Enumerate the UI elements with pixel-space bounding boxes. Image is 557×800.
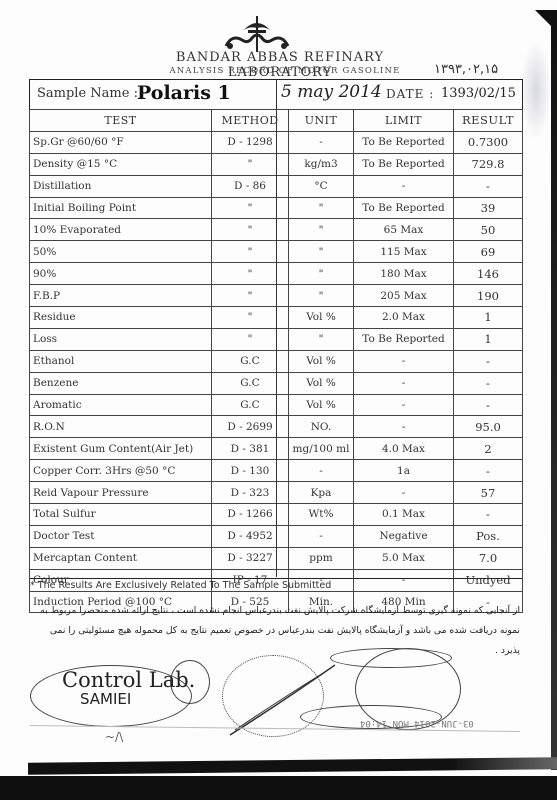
cell-unit: ": [289, 197, 354, 219]
cell-test: Doctor Test: [30, 525, 212, 547]
cell-limit: 115 Max: [354, 241, 454, 263]
cell-limit: 5.0 Max: [354, 547, 454, 569]
cell-result: 0.7300: [454, 131, 523, 153]
cell-test: Sp.Gr @60/60 °F: [30, 131, 212, 153]
cell-limit: Negative: [354, 525, 454, 547]
cell-unit: -: [289, 525, 354, 547]
cell-unit: Vol %: [289, 350, 354, 372]
cell-unit: Vol %: [289, 307, 354, 329]
scanned-document-page: BANDAR ABBAS REFINARY LABORATORY ANALYSI…: [0, 0, 557, 800]
cell-test: Initial Boiling Point: [30, 197, 212, 219]
cell-unit: NO.: [289, 416, 354, 438]
cell-test: Aromatic: [30, 394, 212, 416]
cell-test: 90%: [30, 263, 212, 285]
cell-result: -: [454, 504, 523, 526]
cell-test: R.O.N: [30, 416, 212, 438]
persian-disclaimer: از آنجایی که نمونه گیری توسط آزمایشگاه ش…: [30, 601, 520, 661]
cell-limit: 205 Max: [354, 285, 454, 307]
persian-handwritten-date: ۱۳۹۳,۰۲,۱۵: [434, 62, 498, 77]
sample-name-label: Sample Name :: [37, 86, 138, 101]
cell-test: Ethanol: [30, 350, 212, 372]
cell-result: 95.0: [454, 416, 523, 438]
sample-name-value: Polaris 1: [137, 82, 231, 104]
cell-test: Benzene: [30, 372, 212, 394]
cell-result: 146: [454, 263, 523, 285]
date-label: DATE :: [386, 87, 434, 101]
scan-edge-shadow: [551, 10, 557, 770]
cell-unit: Vol %: [289, 372, 354, 394]
fax-header-mirrored: 03-JUN-2014 MON 14:04: [360, 718, 474, 728]
scan-corner-fold: [535, 10, 557, 32]
cell-limit: 180 Max: [354, 263, 454, 285]
col-test: TEST: [30, 110, 212, 132]
cell-result: -: [454, 350, 523, 372]
fold-line: [276, 79, 277, 577]
col-limit: LIMIT: [354, 110, 454, 132]
cell-test: F.B.P: [30, 285, 212, 307]
control-lab-stamp-text: Control Lab.: [62, 668, 195, 692]
cell-limit: 65 Max: [354, 219, 454, 241]
signature-loop-upper: [330, 648, 452, 668]
refinery-emblem-icon: [222, 16, 292, 52]
cell-limit: 1a: [354, 460, 454, 482]
scanner-edge-bar: [28, 757, 557, 775]
cell-limit: 4.0 Max: [354, 438, 454, 460]
cell-limit: -: [354, 350, 454, 372]
cell-result: 39: [454, 197, 523, 219]
cell-unit: ": [289, 328, 354, 350]
cell-limit: -: [354, 416, 454, 438]
cell-test: Distillation: [30, 175, 212, 197]
cell-unit: Wt%: [289, 504, 354, 526]
cell-unit: °C: [289, 175, 354, 197]
col-result: RESULT: [454, 110, 523, 132]
cell-unit: ": [289, 241, 354, 263]
cell-limit: To Be Reported: [354, 153, 454, 175]
cell-limit: 2.0 Max: [354, 307, 454, 329]
cell-result: 190: [454, 285, 523, 307]
cell-test: Loss: [30, 328, 212, 350]
cell-result: -: [454, 175, 523, 197]
cell-unit: Vol %: [289, 394, 354, 416]
date-value: 1393/02/15: [441, 86, 516, 101]
col-unit: UNIT: [289, 110, 354, 132]
record-subtitle: ANALYSIS RECORD OF MOTOR GASOLINE: [140, 66, 430, 76]
cell-test: Density @15 °C: [30, 153, 212, 175]
cell-limit: -: [354, 372, 454, 394]
cell-result: 7.0: [454, 547, 523, 569]
cell-limit: To Be Reported: [354, 328, 454, 350]
cell-result: Pos.: [454, 525, 523, 547]
cell-result: 69: [454, 241, 523, 263]
signatory-name: SAMIEI: [80, 690, 131, 708]
cell-test: Total Sulfur: [30, 504, 212, 526]
cell-result: -: [454, 394, 523, 416]
cell-unit: mg/100 ml: [289, 438, 354, 460]
cell-test: Reid Vapour Pressure: [30, 482, 212, 504]
cell-unit: ppm: [289, 547, 354, 569]
cell-limit: -: [354, 482, 454, 504]
cell-unit: ": [289, 263, 354, 285]
scan-smudge: [521, 40, 551, 140]
cell-test: Mercaptan Content: [30, 547, 212, 569]
cell-unit: ": [289, 219, 354, 241]
cell-result: -: [454, 460, 523, 482]
cell-result: 1: [454, 307, 523, 329]
cell-unit: -: [289, 460, 354, 482]
cell-unit: -: [289, 131, 354, 153]
cell-unit: Kpa: [289, 482, 354, 504]
cell-result: 50: [454, 219, 523, 241]
cell-test: Residue: [30, 307, 212, 329]
cell-result: 2: [454, 438, 523, 460]
cell-test: Copper Corr. 3Hrs @50 °C: [30, 460, 212, 482]
cell-result: 1: [454, 328, 523, 350]
handwritten-date: 5 may 2014: [281, 82, 382, 102]
cell-result: 729.8: [454, 153, 523, 175]
cell-limit: -: [354, 569, 454, 591]
cell-test: Existent Gum Content(Air Jet): [30, 438, 212, 460]
cell-result: Undyed: [454, 569, 523, 591]
cell-limit: -: [354, 394, 454, 416]
cell-result: -: [454, 372, 523, 394]
cell-result: 57: [454, 482, 523, 504]
cell-test: 50%: [30, 241, 212, 263]
cell-limit: 0.1 Max: [354, 504, 454, 526]
cell-limit: To Be Reported: [354, 131, 454, 153]
cell-limit: -: [354, 175, 454, 197]
cell-unit: kg/m3: [289, 153, 354, 175]
cell-unit: ": [289, 285, 354, 307]
handwritten-mark: ~/\: [105, 730, 123, 744]
cell-limit: To Be Reported: [354, 197, 454, 219]
footnote: * The Results Are Exclusively Related To…: [30, 580, 331, 591]
cell-test: 10% Evaporated: [30, 219, 212, 241]
scanner-background: [0, 776, 557, 800]
